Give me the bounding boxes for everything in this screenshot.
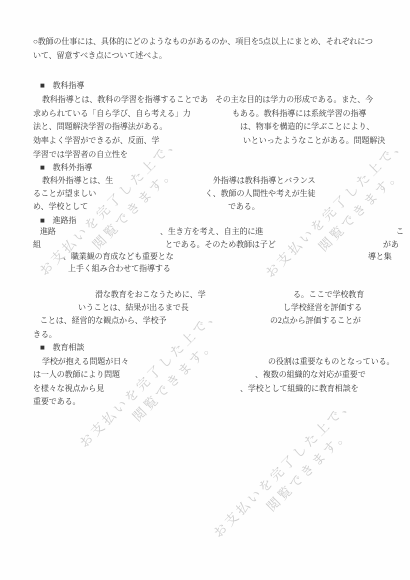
text-fragment: 、複数の組織的な対応が重要で xyxy=(255,369,366,381)
text-fragment: もある。教科指導には系統学習の指導 xyxy=(232,108,366,120)
text-line: 上手く組み合わせて指導する xyxy=(0,263,410,275)
text-line: 進路、生き方を考え、自主的に進こ xyxy=(0,226,410,238)
text-fragment: 効率よく学習ができるが、反面、学 xyxy=(33,135,159,147)
text-fragment: し学校経営を評価する xyxy=(283,302,362,314)
text-line: 重要である。 xyxy=(0,396,410,408)
text-fragment: く、教師の人間性や考えが生徒 xyxy=(205,188,315,200)
text-fragment: いといったようなことがある。問題解決 xyxy=(243,135,385,147)
text-fragment: いうことは、結果が出るまで長 xyxy=(78,302,189,314)
text-fragment: の2点から評価することが xyxy=(270,315,361,327)
text-fragment: 進路 xyxy=(40,226,56,238)
text-fragment: その主な目的は学力の形成である。また、今 xyxy=(215,94,373,106)
text-fragment: 導と集 xyxy=(368,251,392,263)
text-line: 教科指導とは、教科の学習を指導することであその主な目的は学力の形成である。また、… xyxy=(0,94,410,106)
text-line: 学校が抱える問題が日々の役割は重要なものとなっている。 xyxy=(0,356,410,368)
text-line: ■ 教育相談 xyxy=(0,342,410,354)
text-fragment: こ xyxy=(396,226,404,238)
text-fragment: 法と、問題解決学習の指導法がある。 xyxy=(33,121,167,133)
text-fragment: 上手く組み合わせて指導する xyxy=(68,263,171,275)
text-fragment: ることが望ましい xyxy=(33,188,96,200)
text-fragment: ○教師の仕事には、具体的にどのようなものがあるのか、項目を5点以上にまとめ、それ… xyxy=(33,36,373,48)
text-fragment: を様々な視点から見 xyxy=(33,383,104,395)
watermark-line2: 閲覧できます。 xyxy=(263,401,377,515)
text-fragment: ■ 教科指導 xyxy=(40,80,84,92)
text-line: ことは、経営的な観点から、学校予の2点から評価することが xyxy=(0,315,410,327)
text-fragment: ■ 教科外指導 xyxy=(40,162,92,174)
text-line: ○教師の仕事には、具体的にどのようなものがあるのか、項目を5点以上にまとめ、それ… xyxy=(0,36,410,48)
text-line: を様々な視点から見、学校として組織的に教育相談を xyxy=(0,383,410,395)
text-fragment: 教科外指導とは、生 xyxy=(42,175,113,187)
text-fragment: は、物事を構造的に学ぶことにより、 xyxy=(240,121,374,133)
text-line: いうことは、結果が出るまで長し学校経営を評価する xyxy=(0,302,410,314)
text-line: きる。 xyxy=(0,329,410,341)
text-fragment: 教科指導とは、教科の学習を指導することであ xyxy=(42,94,208,106)
text-line: め、学校としてである。 xyxy=(0,201,410,213)
text-line: 求められている「自ら学び、自ら考える」力もある。教科指導には系統学習の指導 xyxy=(0,108,410,120)
text-line: ることが望ましいく、教師の人間性や考えが生徒 xyxy=(0,188,410,200)
text-fragment: 重要である。 xyxy=(33,396,80,408)
text-line: 法と、問題解決学習の指導法がある。は、物事を構造的に学ぶことにより、 xyxy=(0,121,410,133)
text-fragment: 、生き方を考え、自主的に進 xyxy=(160,226,263,238)
text-fragment: 学校が抱える問題が日々 xyxy=(42,356,129,368)
text-fragment: 学習では学習者の自立性を xyxy=(33,149,128,161)
text-fragment: の役割は重要なものとなっている。 xyxy=(268,356,394,368)
text-line: 学習では学習者の自立性を xyxy=(0,149,410,161)
text-fragment: 求められている「自ら学び、自ら考える」力 xyxy=(33,108,191,120)
watermark-line1: お支払いを完了した上で、 xyxy=(210,388,363,541)
text-line: ■ 教科外指導 xyxy=(0,162,410,174)
document-page: ○教師の仕事には、具体的にどのようなものがあるのか、項目を5点以上にまとめ、それ… xyxy=(0,0,410,580)
watermark-payment-notice: お支払いを完了した上で、 閲覧できます。 xyxy=(210,388,383,561)
text-fragment: は一人の教師により問題 xyxy=(33,369,120,381)
text-fragment: め、学校として xyxy=(33,201,88,213)
text-line: 、職業観の育成なども重要とな導と集 xyxy=(0,251,410,263)
text-line: いて、留意すべき点について述べよ。 xyxy=(0,50,410,62)
text-fragment: いて、留意すべき点について述べよ。 xyxy=(33,50,167,62)
text-line: 効率よく学習ができるが、反面、学いといったようなことがある。問題解決 xyxy=(0,135,410,147)
text-fragment: 組 xyxy=(33,239,41,251)
text-line: は一人の教師により問題、複数の組織的な対応が重要で xyxy=(0,369,410,381)
text-fragment: ことは、経営的な観点から、学校予 xyxy=(40,315,166,327)
text-fragment: 外指導は教科指導とバランス xyxy=(213,175,315,187)
text-line: 教科外指導とは、生外指導は教科指導とバランス xyxy=(0,175,410,187)
text-fragment: きる。 xyxy=(33,329,57,341)
text-fragment: 、学校として組織的に教育相談を xyxy=(240,383,359,395)
text-line: 組とである。そのため教師は子どがあ xyxy=(0,239,410,251)
text-fragment: 滑な教育をおこなうために、学 xyxy=(95,289,206,301)
text-fragment: である。 xyxy=(228,201,260,213)
text-line: ■ 教科指導 xyxy=(0,80,410,92)
text-fragment: る。ここで学校教育 xyxy=(293,289,364,301)
text-fragment: 、職業観の育成なども重要とな xyxy=(63,251,174,263)
text-fragment: ■ 教育相談 xyxy=(40,342,84,354)
text-fragment: とである。そのため教師は子ど xyxy=(165,239,276,251)
text-line: 滑な教育をおこなうために、学る。ここで学校教育 xyxy=(0,289,410,301)
text-fragment: があ xyxy=(383,239,399,251)
